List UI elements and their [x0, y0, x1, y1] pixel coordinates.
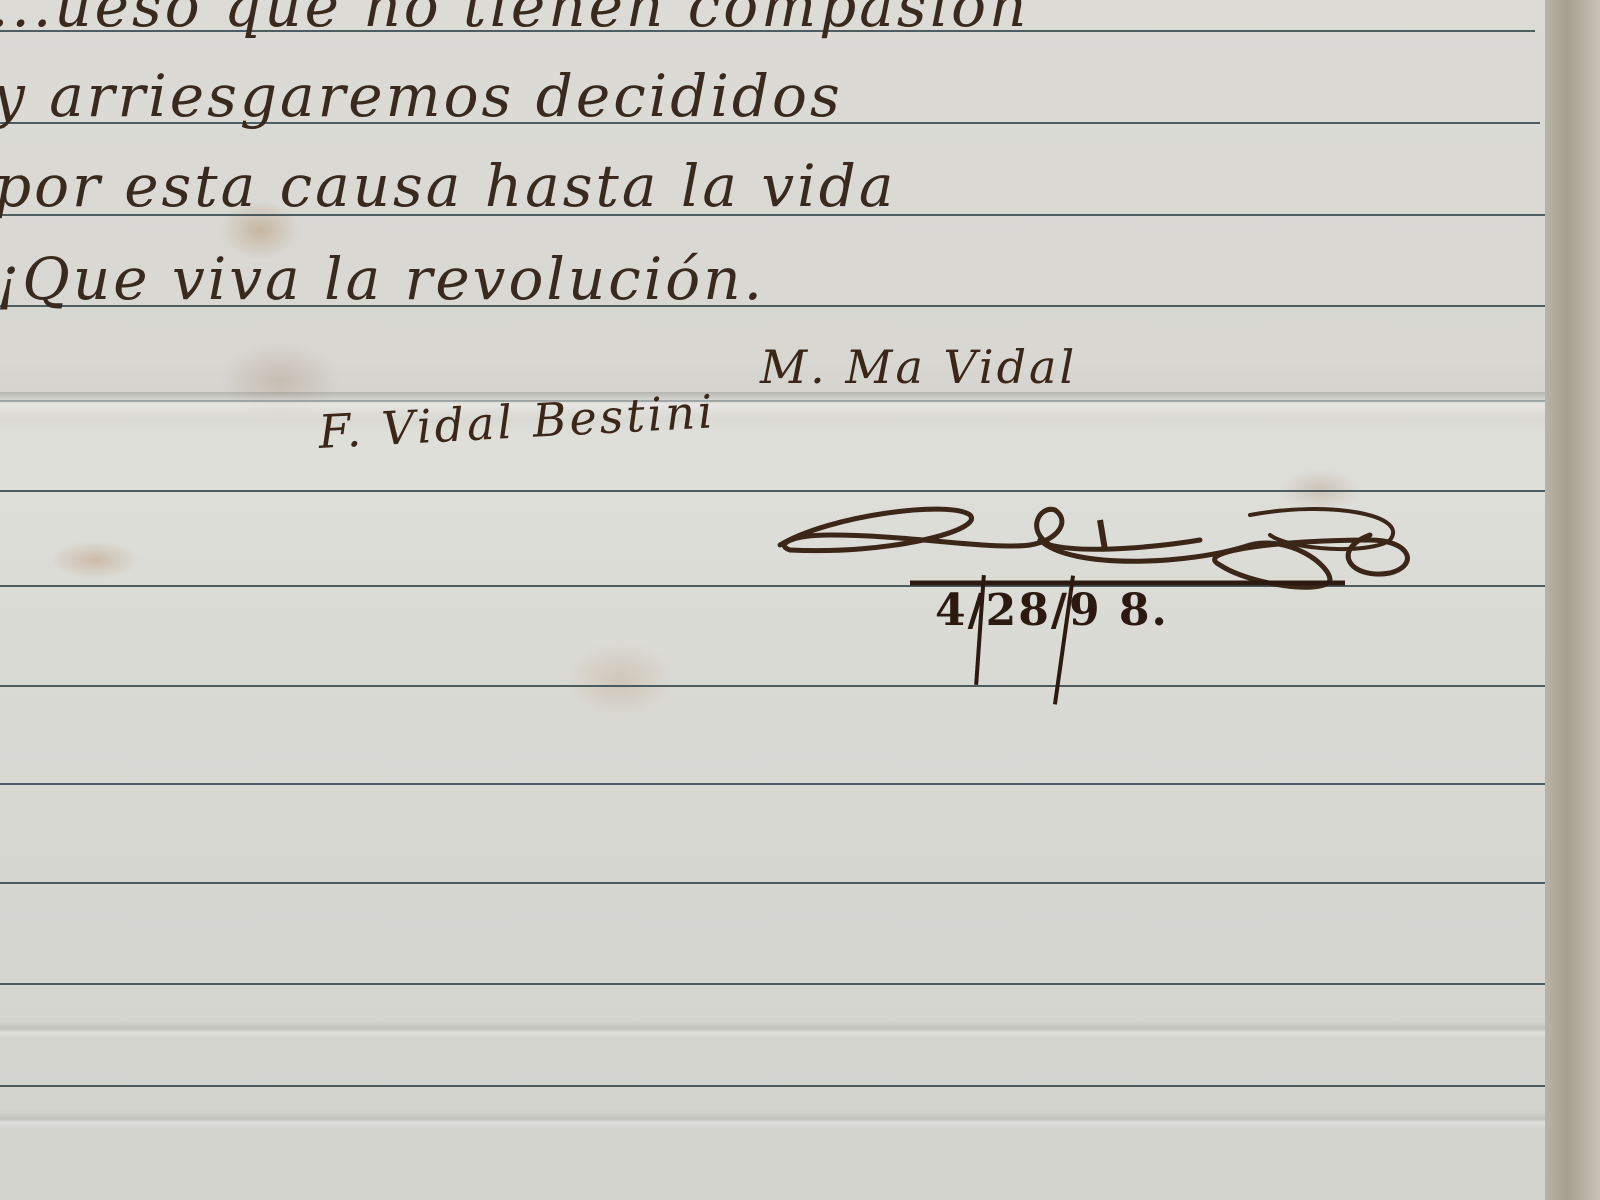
ruled-line [0, 882, 1565, 884]
paper-edge-shadow [1545, 0, 1600, 1200]
ruled-line [0, 983, 1565, 985]
handwritten-line-4: ¡Que viva la revolución. [0, 245, 765, 313]
signature-center: M. Ma Vidal [760, 340, 1077, 394]
signature-date: 4/28/9 8. [935, 585, 1169, 636]
paper-fold [0, 392, 1575, 420]
handwritten-line-1: ...ueso que no tienen compasión [0, 0, 1029, 40]
ruled-line [0, 783, 1560, 785]
ruled-line [0, 685, 1560, 687]
handwritten-line-3: por esta causa hasta la vida [0, 152, 896, 220]
handwritten-line-2: y arriesgaremos decididos [0, 62, 843, 130]
document-paper: ...ueso que no tienen compasión y arries… [0, 0, 1575, 1200]
ruled-line [0, 490, 1550, 492]
paper-crease [0, 1020, 1575, 1038]
paper-crease [0, 1110, 1575, 1128]
ruled-line [0, 1085, 1565, 1087]
